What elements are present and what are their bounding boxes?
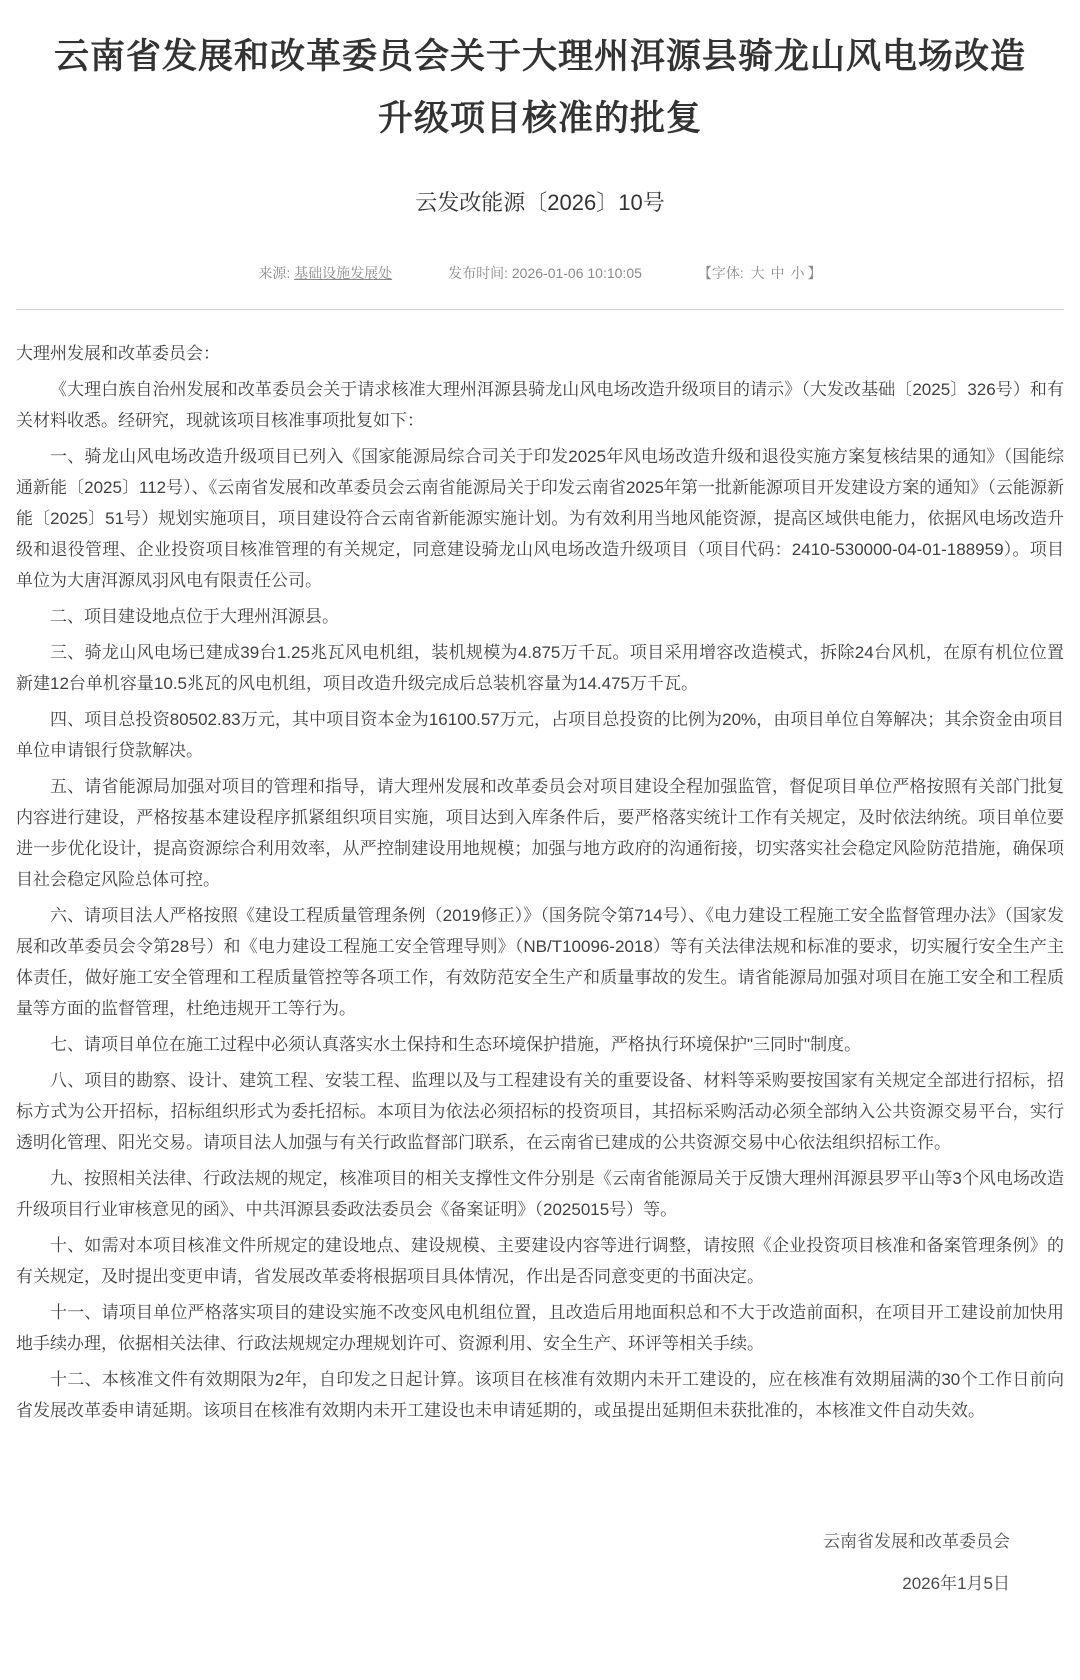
font-size-control: 【字体: 大中小】	[698, 263, 822, 283]
font-size-control-close: 】	[808, 265, 822, 281]
header-divider	[16, 309, 1064, 310]
paragraph-intro: 《大理白族自治州发展和改革委员会关于请求核准大理州洱源县骑龙山风电场改造升级项目…	[16, 374, 1064, 436]
paragraph-item-10: 十、如需对本项目核准文件所规定的建设地点、建设规模、主要建设内容等进行调整，请按…	[16, 1230, 1064, 1292]
font-size-control-open: 【字体:	[698, 265, 744, 281]
paragraph-item-12: 十二、本核准文件有效期限为2年，自印发之日起计算。该项目在核准有效期内未开工建设…	[16, 1364, 1064, 1426]
salutation: 大理州发展和改革委员会：	[16, 338, 1064, 369]
publish-time-group: 发布时间: 2026-01-06 10:10:05	[448, 263, 642, 283]
paragraph-item-3: 三、骑龙山风电场已建成39台1.25兆瓦风电机组，装机规模为4.875万千瓦。项…	[16, 637, 1064, 699]
document-number: 云发改能源〔2026〕10号	[16, 186, 1064, 217]
paragraph-item-2: 二、项目建设地点位于大理州洱源县。	[16, 601, 1064, 632]
font-size-small-button[interactable]: 小	[791, 265, 805, 281]
paragraph-item-7: 七、请项目单位在施工过程中必须认真落实水土保持和生态环境保护措施，严格执行环境保…	[16, 1029, 1064, 1060]
source-group: 来源: 基础设施发展处	[258, 263, 392, 283]
paragraph-item-8: 八、项目的勘察、设计、建筑工程、安装工程、监理以及与工程建设有关的重要设备、材料…	[16, 1065, 1064, 1158]
font-size-medium-button[interactable]: 中	[771, 265, 785, 281]
source-link[interactable]: 基础设施发展处	[294, 265, 392, 281]
page-title: 云南省发展和改革委员会关于大理州洱源县骑龙山风电场改造升级项目核准的批复	[46, 26, 1034, 150]
publish-time-value: 2026-01-06 10:10:05	[512, 265, 642, 281]
font-size-large-button[interactable]: 大	[751, 265, 765, 281]
issue-date: 2026年1月5日	[16, 1563, 1010, 1605]
paragraph-item-4: 四、项目总投资80502.83万元，其中项目资本金为16100.57万元，占项目…	[16, 704, 1064, 766]
paragraph-item-9: 九、按照相关法律、行政法规的规定，核准项目的相关支撑性文件分别是《云南省能源局关…	[16, 1163, 1064, 1225]
signature-block: 云南省发展和改革委员会 2026年1月5日	[16, 1521, 1064, 1605]
publish-time-label: 发布时间:	[448, 265, 508, 281]
meta-row: 来源: 基础设施发展处发布时间: 2026-01-06 10:10:05【字体:…	[16, 263, 1064, 283]
paragraph-item-6: 六、请项目法人严格按照《建设工程质量管理条例（2019修正）》（国务院令第714…	[16, 900, 1064, 1024]
paragraph-item-1: 一、骑龙山风电场改造升级项目已列入《国家能源局综合司关于印发2025年风电场改造…	[16, 441, 1064, 596]
document-page: 云南省发展和改革委员会关于大理州洱源县骑龙山风电场改造升级项目核准的批复 云发改…	[0, 26, 1080, 1680]
article-body: 大理州发展和改革委员会： 《大理白族自治州发展和改革委员会关于请求核准大理州洱源…	[16, 338, 1064, 1426]
source-label: 来源:	[258, 265, 290, 281]
issuing-agency: 云南省发展和改革委员会	[16, 1521, 1010, 1563]
paragraph-item-5: 五、请省能源局加强对项目的管理和指导，请大理州发展和改革委员会对项目建设全程加强…	[16, 771, 1064, 895]
paragraph-item-11: 十一、请项目单位严格落实项目的建设实施不改变风电机组位置，且改造后用地面积总和不…	[16, 1297, 1064, 1359]
